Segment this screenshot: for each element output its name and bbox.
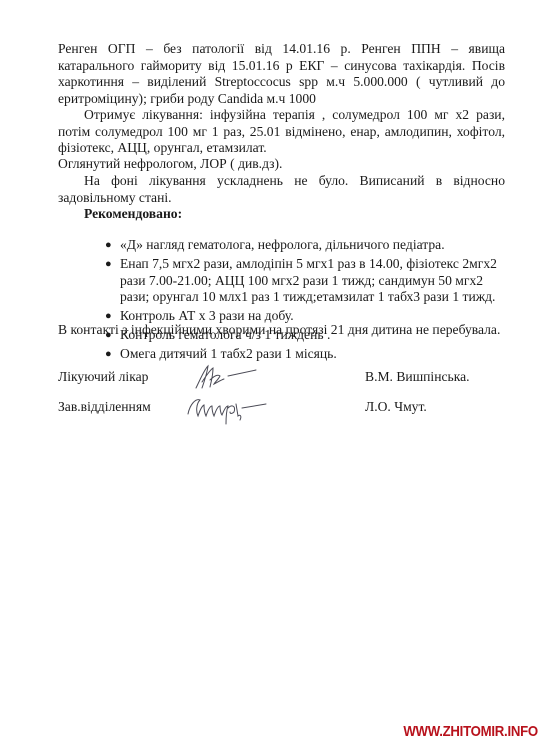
consultation-line: Оглянутий нефрологом, ЛОР ( див.дз). [58,156,282,173]
bullet-icon: ● [105,346,112,363]
scanned-document-page: Ренген ОГП – без патології від 14.01.16 … [0,0,546,750]
recommendation-text: «Д» нагляд гематолога, нефролога, дільни… [120,237,445,252]
xray-and-culture-paragraph: Ренген ОГП – без патології від 14.01.16 … [58,41,505,107]
bullet-icon: ● [105,256,112,273]
recommendation-item: ● Енап 7,5 мгх2 рази, амлодіпін 5 мгх1 р… [98,256,508,306]
recommendation-text: Енап 7,5 мгх2 рази, амлодіпін 5 мгх1 раз… [120,256,497,304]
recommendation-text: Омега дитячий 1 табх2 рази 1 місяць. [120,346,337,361]
signature-role: Зав.відділенням [58,399,151,416]
recommendation-item: ● «Д» нагляд гематолога, нефролога, діль… [98,237,508,254]
treatment-paragraph: Отримує лікування: інфузійна терапія , с… [58,107,505,157]
signature-name: В.М. Вишпінська. [365,369,470,386]
recommendation-item: ● Омега дитячий 1 табх2 рази 1 місяць. [98,346,508,363]
site-watermark: WWW.ZHITOMIR.INFO [403,723,538,740]
signature-name: Л.О. Чмут. [365,399,427,416]
signature-row-attending: Лікуючий лікар В.М. Вишпінська. [58,369,508,387]
bullet-icon: ● [105,237,112,254]
contact-note: В контакті з інфекційними хворими на про… [58,322,500,339]
recommendation-text: Контроль АТ х 3 рази на добу. [120,308,294,323]
discharge-paragraph: На фоні лікування ускладнень не було. Ви… [58,173,505,206]
recommendations-heading: Рекомендовано: [84,206,182,223]
signature-role: Лікуючий лікар [58,369,148,386]
handwritten-signature-icon [186,392,286,426]
recommendations-list: ● «Д» нагляд гематолога, нефролога, діль… [98,237,508,365]
handwritten-signature-icon [180,362,280,392]
